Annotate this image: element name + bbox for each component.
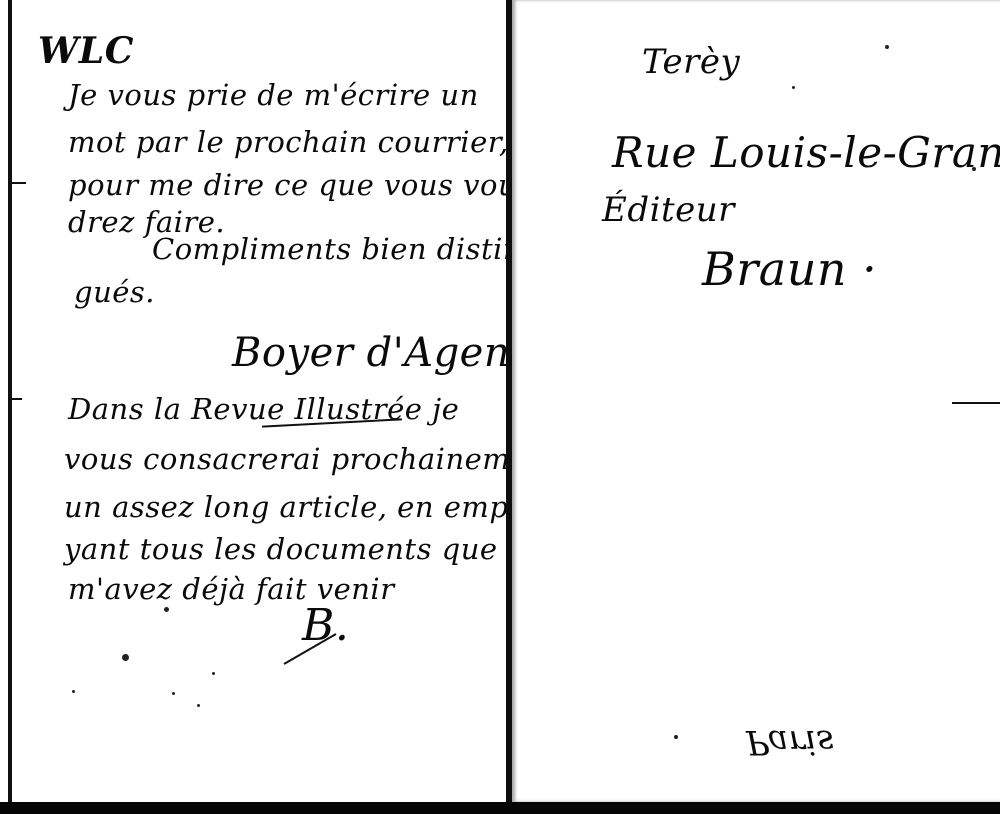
address-line: Éditeur (602, 190, 735, 230)
ink-speck (164, 607, 169, 612)
scanned-document: WLC Je vous prie de m'écrire un mot par … (0, 0, 1000, 814)
ink-speck (674, 735, 678, 739)
address-line: Rue Louis-le-Grand (612, 128, 1000, 177)
margin-tick (8, 182, 26, 184)
edge-mark (952, 402, 1000, 404)
ink-speck (212, 672, 215, 675)
postscript-line: Dans la Revue Illustrée je (68, 392, 459, 426)
ink-speck (972, 167, 976, 171)
scan-bottom-edge (0, 802, 1000, 814)
ink-speck (172, 692, 175, 695)
corner-mark: WLC (38, 30, 134, 72)
inverted-note: Paris (746, 722, 835, 762)
postscript-line: un assez long article, en emplo- (64, 490, 547, 524)
ink-speck (72, 690, 75, 693)
letter-line: Compliments bien distin- (152, 232, 532, 266)
signature: Boyer d'Agen (232, 330, 510, 376)
margin-tick (8, 398, 22, 400)
address-line: Braun · (702, 242, 877, 296)
postscript-line: vous consacrerai prochainement (64, 442, 559, 476)
address-line: Terèy (642, 42, 740, 82)
postscript-line: yant tous les documents que vous (64, 532, 577, 566)
letter-line: mot par le prochain courrier, (68, 125, 509, 159)
ink-speck (792, 86, 795, 89)
ink-speck (885, 45, 889, 49)
ink-speck (197, 704, 200, 707)
ink-speck (122, 654, 129, 661)
right-page: Terèy Rue Louis-le-Grand Éditeur Braun ·… (506, 0, 1000, 802)
letter-line: Je vous prie de m'écrire un (68, 78, 479, 112)
letter-line: gués. (74, 275, 155, 309)
letter-line: pour me dire ce que vous vou- (68, 168, 527, 202)
left-page: WLC Je vous prie de m'écrire un mot par … (8, 0, 510, 802)
initial-signature: B. (302, 600, 349, 651)
